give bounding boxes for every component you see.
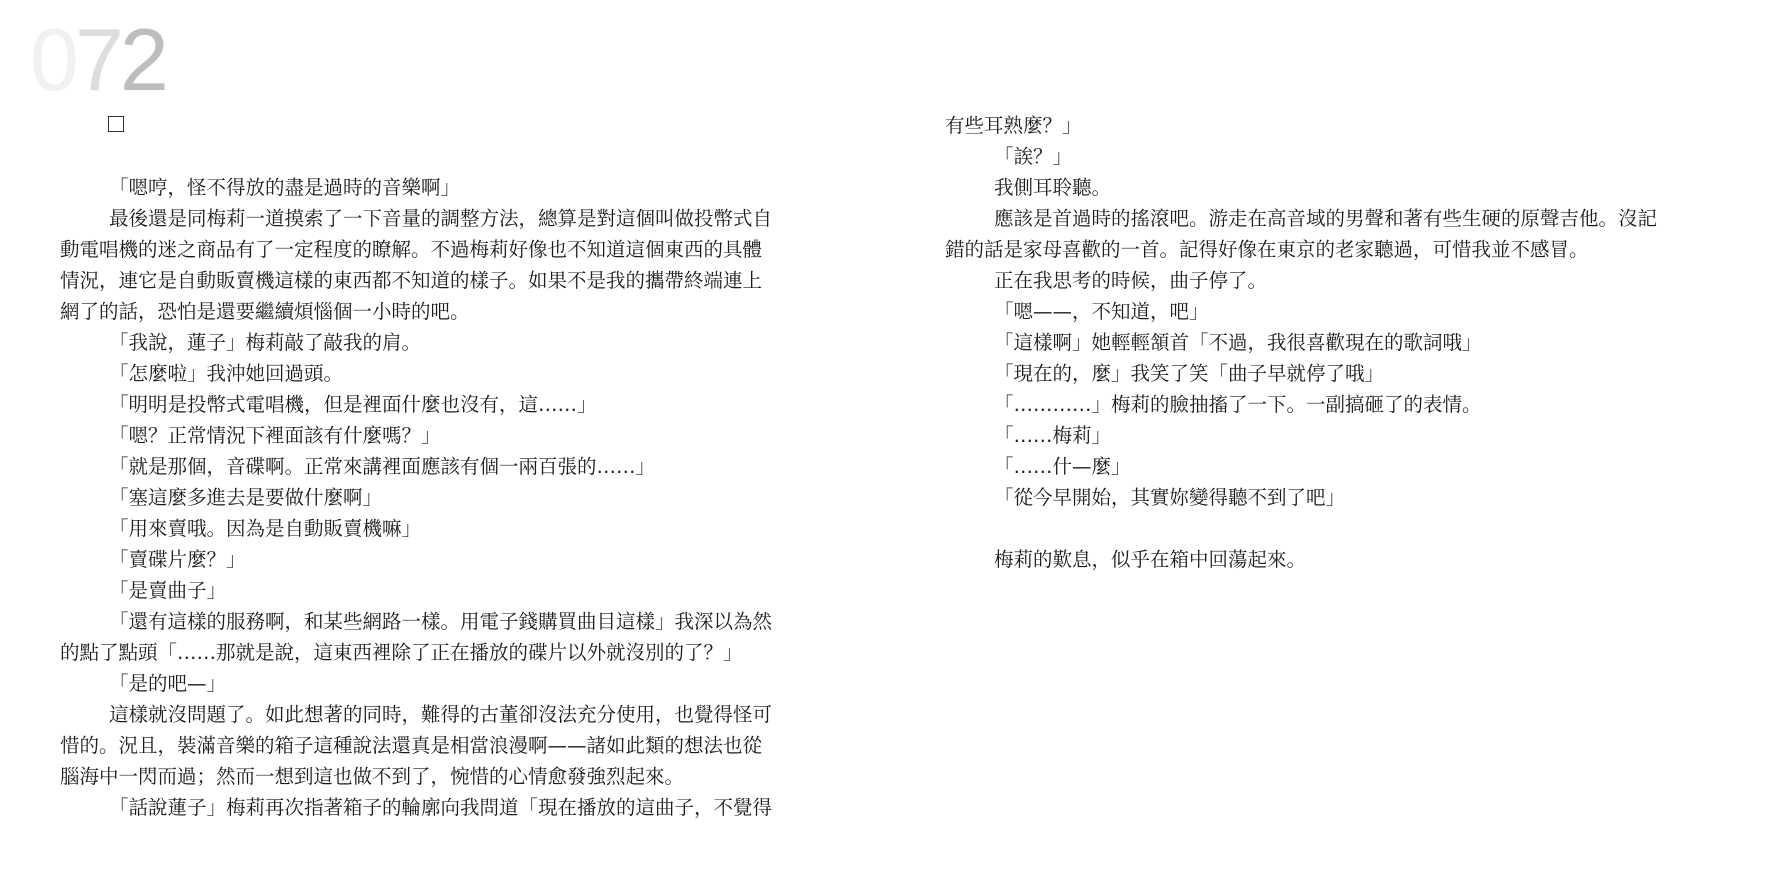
blank-line (945, 513, 1735, 544)
text-line: 動電唱機的迷之商品有了一定程度的瞭解。不過梅莉好像也不知道這個東西的具體 (60, 234, 840, 265)
text-line: 「怎麼啦」我沖她回過頭。 (60, 358, 840, 389)
left-text-column: 「嗯哼，怪不得放的盡是過時的音樂啊」最後還是同梅莉一道摸索了一下音量的調整方法，… (60, 172, 840, 823)
text-line: 「還有這樣的服務啊，和某些網路一樣。用電子錢購買曲目這樣」我深以為然 (60, 606, 840, 637)
text-line: 的點了點頭「……那就是說，這東西裡除了正在播放的碟片以外就沒別的了？」 (60, 637, 840, 668)
text-line: 「現在的，麼」我笑了笑「曲子早就停了哦」 (945, 358, 1735, 389)
text-line: 我側耳聆聽。 (945, 172, 1735, 203)
text-line: 「嗯——，不知道，吧」 (945, 296, 1735, 327)
text-line: 「就是那個，音碟啊。正常來講裡面應該有個一兩百張的……」 (60, 451, 840, 482)
text-line: 「賣碟片麼？」 (60, 544, 840, 575)
text-line: 網了的話，恐怕是還要繼續煩惱個一小時的吧。 (60, 296, 840, 327)
text-line: 惜的。況且，裝滿音樂的箱子這種說法還真是相當浪漫啊——諸如此類的想法也從 (60, 730, 840, 761)
text-line: 「……梅莉」 (945, 420, 1735, 451)
text-line: 「……什—麼」 (945, 451, 1735, 482)
text-line: 錯的話是家母喜歡的一首。記得好像在東京的老家聽過，可惜我並不感冒。 (945, 234, 1735, 265)
text-line: 「話說蓮子」梅莉再次指著箱子的輪廓向我問道「現在播放的這曲子，不覺得 (60, 792, 840, 823)
text-line: 梅莉的歎息，似乎在箱中回蕩起來。 (945, 544, 1735, 575)
page-number-digit: 2 (120, 14, 165, 106)
text-line: 「…………」梅莉的臉抽搐了一下。一副搞砸了的表情。 (945, 389, 1735, 420)
text-line: 正在我思考的時候，曲子停了。 (945, 265, 1735, 296)
text-line: 「明明是投幣式電唱機，但是裡面什麼也沒有，這……」 (60, 389, 840, 420)
text-line: 「誒？」 (945, 141, 1735, 172)
text-line: 「這樣啊」她輕輕頷首「不過，我很喜歡現在的歌詞哦」 (945, 327, 1735, 358)
empty-square-icon (108, 116, 124, 132)
text-line: 「是賣曲子」 (60, 575, 840, 606)
text-line: 腦海中一閃而過；然而一想到這也做不到了，惋惜的心情愈發強烈起來。 (60, 761, 840, 792)
page-number: 0 7 2 (30, 14, 165, 106)
text-line: 「是的吧—」 (60, 668, 840, 699)
page-number-digit: 0 (30, 14, 75, 106)
text-line: 最後還是同梅莉一道摸索了一下音量的調整方法，總算是對這個叫做投幣式自 (60, 203, 840, 234)
text-line: 「用來賣哦。因為是自動販賣機嘛」 (60, 513, 840, 544)
text-line: 這樣就沒問題了。如此想著的同時，難得的古董卻沒法充分使用，也覺得怪可 (60, 699, 840, 730)
text-line: 「塞這麼多進去是要做什麼啊」 (60, 482, 840, 513)
text-line: 「嗯？正常情況下裡面該有什麼嗎？」 (60, 420, 840, 451)
text-line: 「嗯哼，怪不得放的盡是過時的音樂啊」 (60, 172, 840, 203)
text-line: 情況，連它是自動販賣機這樣的東西都不知道的樣子。如果不是我的攜帶終端連上 (60, 265, 840, 296)
text-line: 「我說，蓮子」梅莉敲了敲我的肩。 (60, 327, 840, 358)
text-line: 有些耳熟麼？」 (945, 110, 1735, 141)
text-line: 應該是首過時的搖滾吧。游走在高音域的男聲和著有些生硬的原聲吉他。沒記 (945, 203, 1735, 234)
right-text-column: 有些耳熟麼？」「誒？」我側耳聆聽。應該是首過時的搖滾吧。游走在高音域的男聲和著有… (945, 110, 1735, 575)
page-number-digit: 7 (75, 14, 120, 106)
text-line: 「從今早開始，其實妳變得聽不到了吧」 (945, 482, 1735, 513)
